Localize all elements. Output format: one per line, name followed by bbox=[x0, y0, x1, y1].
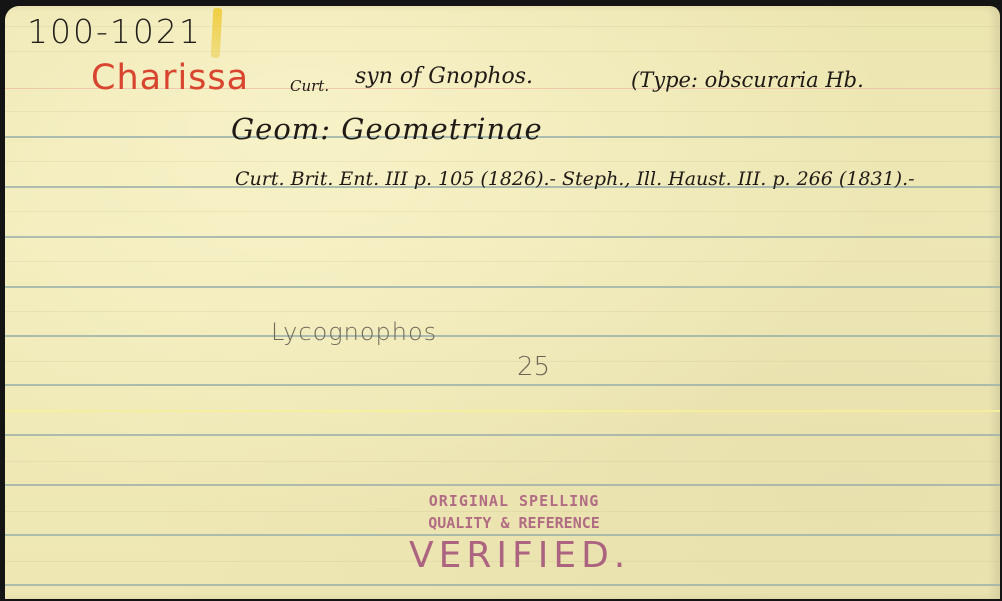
ruled-line bbox=[5, 484, 1000, 486]
type-species-note: (Type: obscuraria Hb. bbox=[631, 68, 864, 92]
ruled-line bbox=[5, 335, 1000, 337]
ruled-line bbox=[5, 236, 1000, 238]
ruled-line bbox=[5, 384, 1000, 386]
stamp-line-1: ORIGINAL SPELLING bbox=[409, 490, 619, 512]
verification-stamp: ORIGINAL SPELLING QUALITY & REFERENCE VE… bbox=[409, 490, 619, 578]
pencil-annotation: Lycognophos bbox=[271, 318, 437, 346]
yellow-stripe bbox=[5, 410, 1000, 412]
ruled-line bbox=[5, 434, 1000, 436]
ruled-line bbox=[5, 286, 1000, 288]
stamp-line-2: QUALITY & REFERENCE bbox=[409, 512, 619, 534]
bibliographic-reference: Curt. Brit. Ent. III p. 105 (1826).- Ste… bbox=[235, 168, 915, 190]
author: Curt. bbox=[290, 77, 329, 95]
genus-name: Charissa bbox=[91, 58, 249, 98]
card-number: 100-1021 bbox=[27, 12, 202, 51]
classification: Geom: Geometrinae bbox=[231, 112, 543, 146]
ruled-line bbox=[5, 584, 1000, 586]
synonym-note: syn of Gnophos. bbox=[355, 64, 533, 89]
index-card: 100-1021 Charissa Curt. syn of Gnophos. … bbox=[5, 6, 1000, 599]
stamp-verified: VERIFIED. bbox=[409, 534, 619, 578]
pencil-number: 25 bbox=[517, 352, 550, 382]
